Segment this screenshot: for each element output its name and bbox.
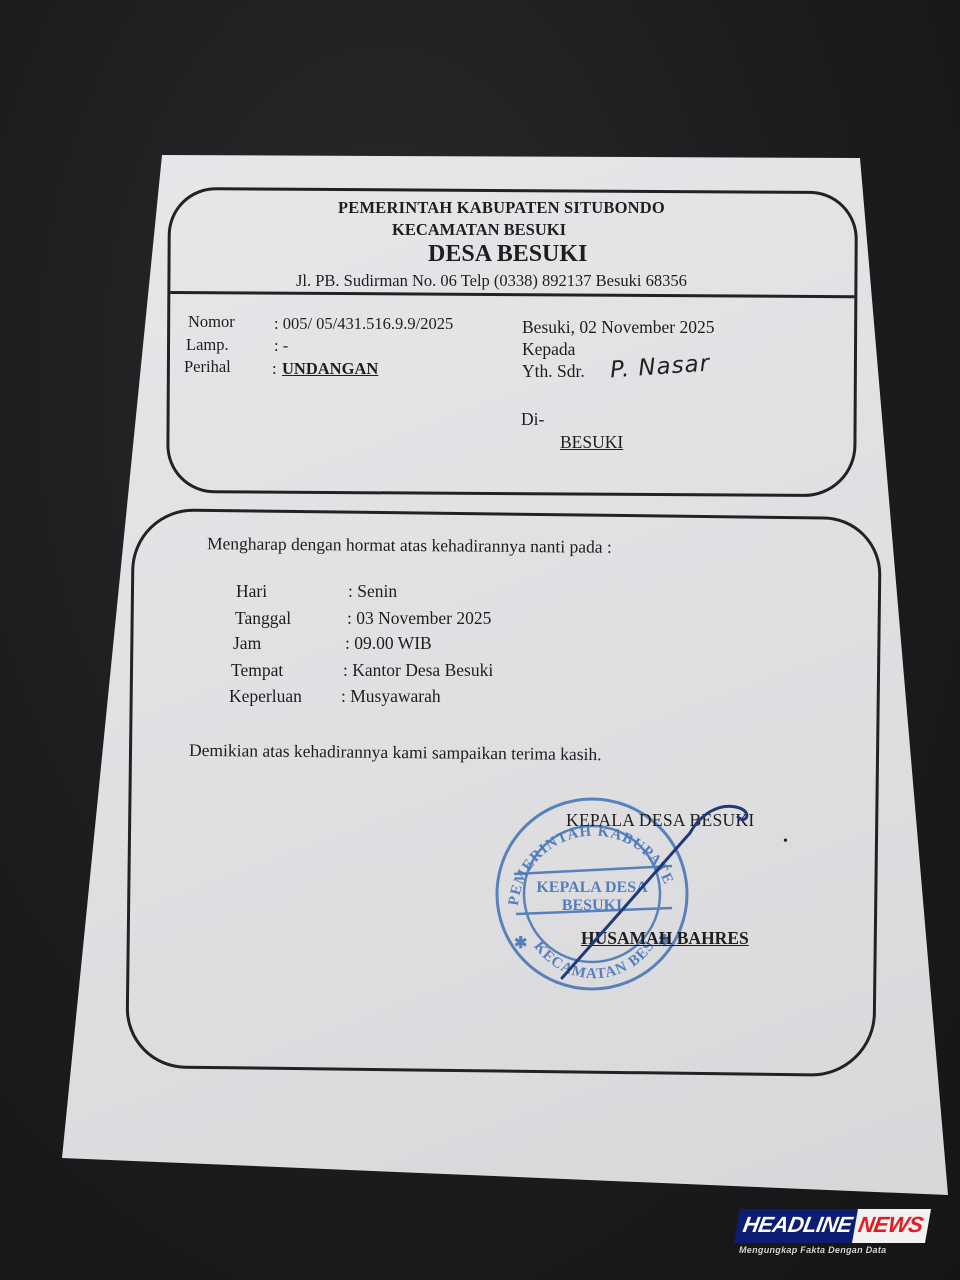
headline-news-watermark: HEADLINE NEWS Mengungkap Fakta Dengan Da… (737, 1209, 927, 1255)
lamp-label: Lamp. (186, 335, 229, 355)
detail-label: Jam (233, 633, 345, 654)
detail-label: Tempat (231, 660, 343, 681)
yth-label: Yth. Sdr. (522, 361, 585, 382)
signature-dot: • (783, 834, 788, 850)
detail-label: Tanggal (235, 608, 347, 629)
letterhead-title: DESA BESUKI (428, 241, 587, 268)
recipient-location: BESUKI (560, 432, 623, 453)
detail-row-tanggal: Tanggal : 03 November 2025 (235, 608, 491, 629)
detail-value: : 09.00 WIB (345, 633, 432, 654)
letterhead-line1: PEMERINTAH KABUPATEN SITUBONDO (338, 198, 665, 218)
detail-row-tempat: Tempat : Kantor Desa Besuki (231, 660, 493, 681)
detail-value: : Senin (348, 581, 397, 602)
watermark-logo: HEADLINE NEWS (734, 1209, 930, 1243)
intro-text: Mengharap dengan hormat atas kehadiranny… (207, 533, 612, 558)
nomor-label: Nomor (188, 312, 235, 332)
perihal-label: Perihal (184, 357, 231, 377)
watermark-word1: HEADLINE (734, 1209, 858, 1243)
detail-row-jam: Jam : 09.00 WIB (233, 633, 432, 654)
letterhead-line2: KECAMATAN BESUKI (392, 220, 566, 240)
handwritten-signature (540, 795, 780, 995)
di-label: Di- (521, 409, 544, 430)
detail-row-hari: Hari : Senin (236, 581, 397, 602)
detail-label: Keperluan (229, 686, 341, 707)
detail-value: : Kantor Desa Besuki (343, 660, 493, 681)
nomor-value: : 005/ 05/431.516.9.9/2025 (274, 314, 453, 334)
detail-value: : Musyawarah (341, 686, 441, 707)
letterhead-address: Jl. PB. Sudirman No. 06 Telp (0338) 8921… (296, 271, 687, 291)
detail-label: Hari (236, 581, 348, 602)
perihal-value: UNDANGAN (282, 359, 378, 379)
letterhead-divider (170, 291, 854, 298)
watermark-word2: NEWS (852, 1209, 931, 1243)
svg-text:✱: ✱ (514, 935, 527, 952)
detail-row-keperluan: Keperluan : Musyawarah (229, 686, 441, 707)
kepada-label: Kepada (522, 339, 575, 360)
watermark-tagline: Mengungkap Fakta Dengan Data (739, 1245, 927, 1255)
closing-text: Demikian atas kehadirannya kami sampaika… (189, 740, 602, 765)
lamp-value: : - (274, 336, 288, 356)
detail-value: : 03 November 2025 (347, 608, 491, 629)
place-date: Besuki, 02 November 2025 (522, 317, 714, 338)
perihal-colon: : (272, 359, 277, 379)
